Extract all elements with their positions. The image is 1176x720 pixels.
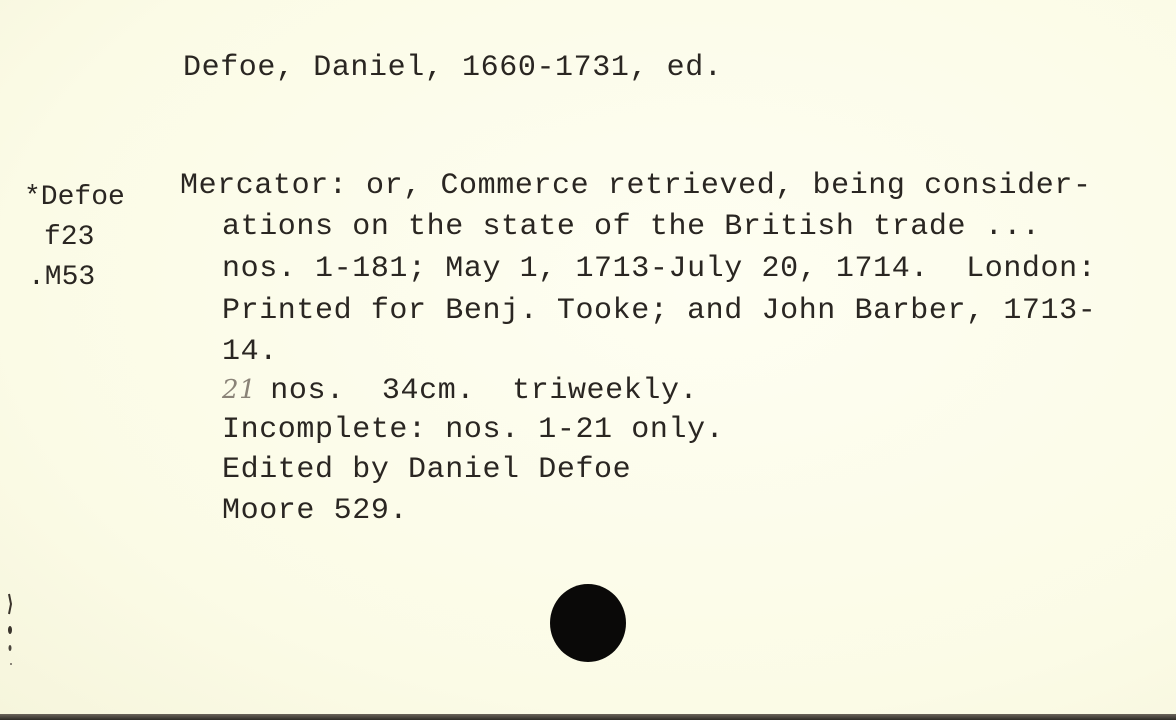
catalog-card: Defoe, Daniel, 1660-1731, ed. *Defoe f23… (0, 0, 1176, 716)
handwritten-issue-count: 21 (222, 375, 256, 405)
title-line-1: Mercator: or, Commerce retrieved, being … (180, 166, 1092, 206)
title-line-2: ations on the state of the British trade… (222, 207, 1041, 247)
collation-text: nos. 34cm. triweekly. (270, 374, 698, 408)
note-incomplete: Incomplete: nos. 1-21 only. (222, 410, 724, 450)
imprint-line-3: 14. (222, 332, 278, 372)
call-number-collection: *Defoe (24, 178, 125, 218)
collation-line: 21nos. 34cm. triweekly. (222, 370, 698, 411)
imprint-line-1: nos. 1-181; May 1, 1713-July 20, 1714. L… (222, 249, 1096, 289)
card-bottom-edge (0, 714, 1176, 720)
call-number-class: f23 (44, 218, 94, 258)
note-reference: Moore 529. (222, 491, 408, 531)
punch-hole (550, 584, 626, 662)
call-number-cutter: .M53 (28, 258, 95, 298)
edge-wear-mark (6, 592, 14, 672)
imprint-line-2: Printed for Benj. Tooke; and John Barber… (222, 291, 1096, 331)
note-editor: Edited by Daniel Defoe (222, 450, 631, 490)
main-entry-heading: Defoe, Daniel, 1660-1731, ed. (183, 48, 723, 88)
